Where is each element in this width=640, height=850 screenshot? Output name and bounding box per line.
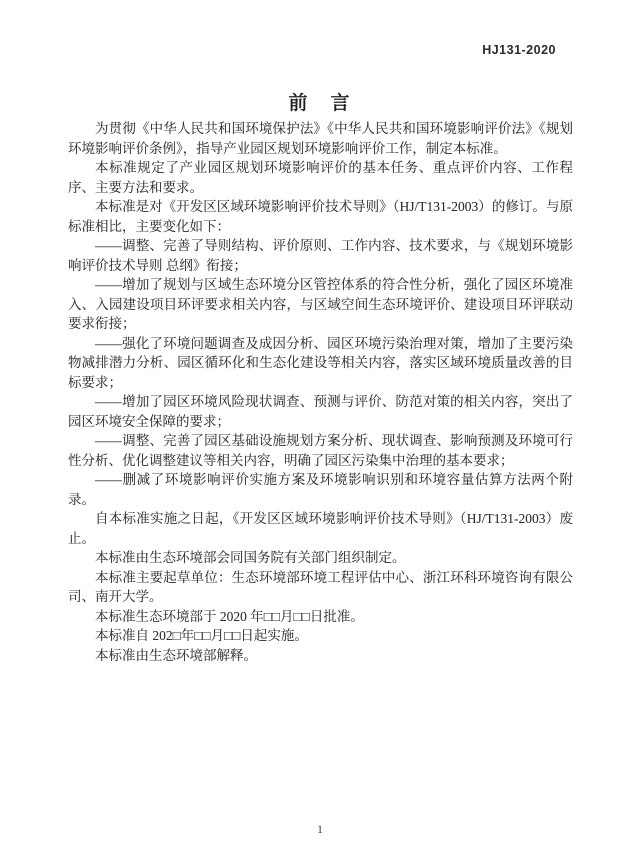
paragraph-dash-item: ——调整、完善了导则结构、评价原则、工作内容、技术要求，与《规划环境影响评价技术… <box>68 236 573 275</box>
paragraph: 本标准由生态环境部解释。 <box>68 646 573 666</box>
paragraph-dash-item: ——删减了环境影响评价实施方案及环境影响识别和环境容量估算方法两个附录。 <box>68 470 573 509</box>
paragraph-dash-item: ——增加了园区环境风险现状调查、预测与评价、防范对策的相关内容，突出了园区环境安… <box>68 392 573 431</box>
page-number: 1 <box>0 824 640 836</box>
paragraph: 本标准自 202□年□□月□□日起实施。 <box>68 626 573 646</box>
paragraph: 本标准由生态环境部会同国务院有关部门组织制定。 <box>68 548 573 568</box>
paragraph: 为贯彻《中华人民共和国环境保护法》《中华人民共和国环境影响评价法》《规划环境影响… <box>68 119 573 158</box>
paragraph-dash-item: ——强化了环境问题调查及成因分析、园区环境污染治理对策，增加了主要污染物减排潜力… <box>68 334 573 393</box>
paragraph-dash-item: ——调整、完善了园区基础设施规划方案分析、现状调查、影响预测及环境可行性分析、优… <box>68 431 573 470</box>
paragraph-dash-item: ——增加了规划与区域生态环境分区管控体系的符合性分析，强化了园区环境准入、入园建… <box>68 275 573 334</box>
page-title: 前 言 <box>0 88 640 115</box>
standard-number: HJ131-2020 <box>0 43 556 57</box>
document-page: HJ131-2020 前 言 为贯彻《中华人民共和国环境保护法》《中华人民共和国… <box>0 0 640 850</box>
paragraph: 本标准规定了产业园区规划环境影响评价的基本任务、重点评价内容、工作程序、主要方法… <box>68 158 573 197</box>
paragraph: 本标准生态环境部于 2020 年□□月□□日批准。 <box>68 607 573 627</box>
paragraph: 本标准是对《开发区区域环境影响评价技术导则》（HJ/T131-2003）的修订。… <box>68 197 573 236</box>
paragraph: 自本标准实施之日起，《开发区区域环境影响评价技术导则》（HJ/T131-2003… <box>68 509 573 548</box>
paragraph: 本标准主要起草单位：生态环境部环境工程评估中心、浙江环科环境咨询有限公司、南开大… <box>68 568 573 607</box>
foreword-body: 为贯彻《中华人民共和国环境保护法》《中华人民共和国环境影响评价法》《规划环境影响… <box>68 119 573 665</box>
